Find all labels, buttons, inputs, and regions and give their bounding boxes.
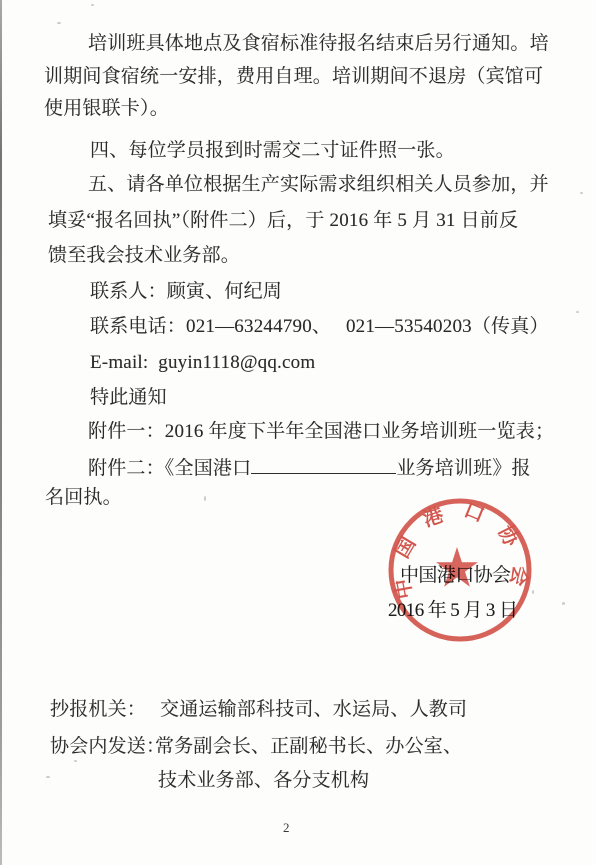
footer-internal-label: 协会内发送： [50,736,165,758]
scan-speck [46,776,50,778]
scanned-notice-page: 培训班具体地点及食宿标准待报名结束后另行通知。培 训期间食宿统一安排，费用自理。… [0,0,596,865]
page-number: 2 [283,820,290,836]
footer-cc-value: 交通运输部科技司、水运局、人教司 [160,699,467,721]
body-line-item-four: 四、每位学员报到时需交二寸证件照一张。 [90,140,455,162]
footer-cc-label: 抄报机关： [50,699,146,721]
scan-speck [204,496,206,501]
fill-in-blank-underline [251,454,396,474]
contact-person-line: 联系人：顾寅、何纪周 [90,281,282,303]
seal-star-icon [436,547,478,587]
scan-speck [91,4,94,6]
scan-speck [74,760,77,762]
attachment2-line: 附件二：《全国港口业务培训班》报 [88,454,531,480]
body-line-item-five: 五、请各单位根据生产实际需求组织相关人员参加，并 [88,174,549,196]
scan-edge-artifact [0,0,2,865]
contact-phone-line: 联系电话：021—63244790、 021—53540203（传真） [90,316,549,338]
contact-email-line: E-mail: guyin1118@qq.com [90,352,315,374]
official-seal: 中国港口协会 [383,493,537,647]
attachment2-continuation: 名回执。 [45,487,122,509]
scan-speck [562,602,565,605]
body-line: 培训班具体地点及食宿标准待报名结束后另行通知。培 [88,33,549,55]
attachment2-suffix: 业务培训班》报 [396,458,530,479]
scan-speck [580,192,583,194]
seal-arc-text: 中国港口协会 [387,497,534,605]
footer-internal-value-line1: 常务副会长、正副秘书长、办公室、 [155,736,462,758]
notice-closing-line: 特此通知 [90,387,167,409]
body-line: 馈至我会技术业务部。 [48,245,240,267]
attachment2-prefix: 附件二：《全国港口 [88,458,251,479]
scan-speck [57,22,61,24]
scan-speck [576,311,579,313]
footer-internal-value-line2: 技术业务部、各分支机构 [158,770,369,792]
attachment1-line: 附件一：2016 年度下半年全国港口业务培训班一览表； [88,421,554,443]
body-line: 训期间食宿统一安排，费用自理。培训期间不退房（宾馆可 [44,66,543,88]
body-line: 填妥“报名回执”（附件二）后，于 2016 年 5 月 31 日前反 [48,210,518,232]
body-line: 使用银联卡）。 [44,98,169,120]
